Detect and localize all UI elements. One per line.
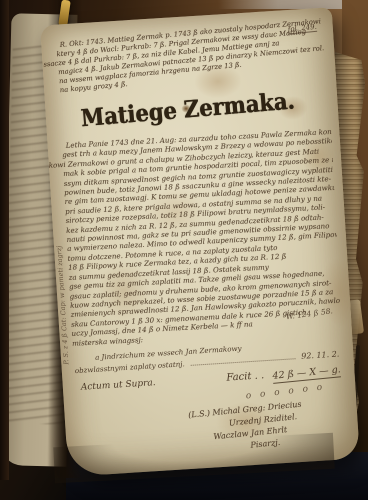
closing-line-2: obzwlasstnymi zaplaty ostatnj. xyxy=(75,359,185,375)
recto-page: fol. 249. R. Okt: 1743. Mattieg Zermak p… xyxy=(40,7,360,476)
signature-block: (L.S.) Michal Greg: DrieciusUrzednj Rzid… xyxy=(184,395,344,458)
sum-value: 92. 11. 2. xyxy=(301,349,340,360)
header-annotation-block: R. Okt: 1743. Mattieg Zermak p. 1743 ß a… xyxy=(55,17,326,95)
manuscript-photo: fol. 249. R. Okt: 1743. Mattieg Zermak p… xyxy=(0,0,368,500)
actum-note: Actum ut Supra. xyxy=(81,378,156,393)
facit-label: Facit . . xyxy=(226,370,264,383)
book-spine xyxy=(0,0,9,480)
facit-value: 42 ß — X — g. xyxy=(272,364,341,384)
